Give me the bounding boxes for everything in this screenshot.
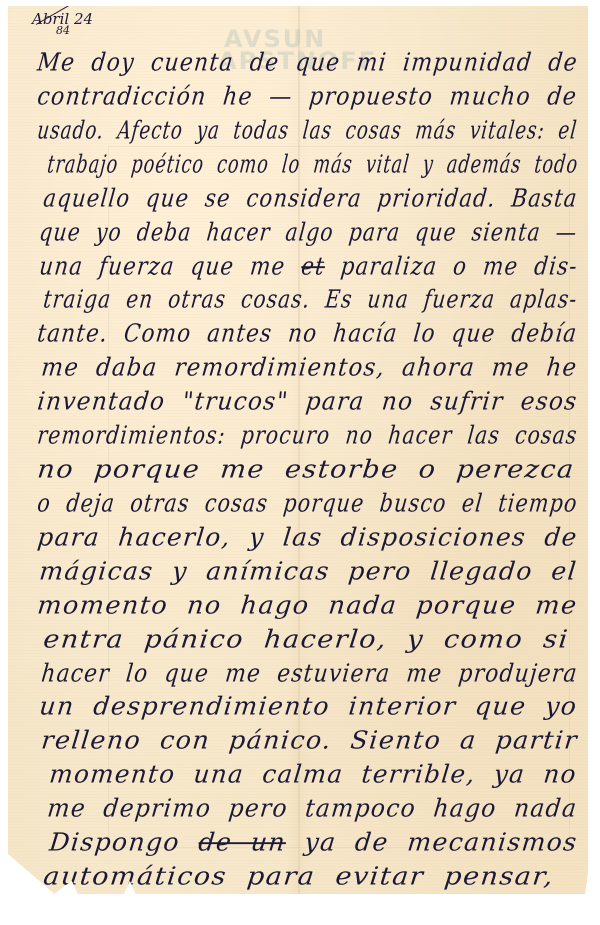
handwritten-line: momento una calma terrible, ya no	[48, 760, 578, 789]
handwritten-line: remordimientos: procuro no hacer las cos…	[36, 421, 579, 450]
handwritten-line: inventado "trucos" para no sufrir esos	[36, 387, 579, 416]
handwritten-line: que yo deba hacer algo para que sienta —	[38, 218, 579, 247]
handwritten-line: Me doy cuenta de que mi impunidad de	[36, 48, 579, 77]
handwritten-line: usado. Afecto ya todas las cosas más vit…	[36, 116, 579, 145]
letter-page: AVSUN APSTNOFF Abril 24 84 Me doy cuenta…	[8, 6, 588, 894]
handwritten-line: traiga en otras cosas. Es una fuerza apl…	[42, 285, 579, 314]
handwritten-line: hacer lo que me estuviera me produjera	[40, 659, 579, 688]
handwritten-line: para hacerlo, y las disposiciones de	[36, 523, 579, 552]
handwritten-line: tante. Como antes no hacía lo que debía	[36, 319, 579, 348]
struck-out-word: et	[300, 252, 327, 281]
handwritten-line: entra pánico hacerlo, y como si	[42, 625, 570, 654]
handwritten-line: no porque me estorbe o perezca	[36, 455, 576, 484]
handwritten-line: automáticos para evitar pensar,	[42, 862, 555, 891]
handwritten-line: me daba remordimientos, ahora me he	[40, 353, 579, 382]
handwritten-line: un desprendimiento interior que yo	[38, 692, 579, 721]
handwritten-line: Dispongo de un ya de mecanismos	[48, 828, 579, 857]
date-annotation: Abril 24 84	[32, 10, 93, 37]
handwritten-line: una fuerza que me et paraliza o me dis-	[38, 252, 579, 281]
handwritten-line: mágicas y anímicas pero llegado el	[38, 557, 579, 586]
handwritten-line: trabajo poético como lo más vital y adem…	[46, 150, 580, 179]
handwritten-line: aquello que se considera prioridad. Bast…	[42, 184, 579, 213]
handwritten-line: o deja otras cosas porque busco el tiemp…	[36, 489, 579, 518]
handwritten-line: momento no hago nada porque me	[36, 591, 579, 620]
handwritten-line: contradicción he — propuesto mucho de	[36, 82, 579, 111]
handwritten-line: me deprimo pero tampoco hago nada	[46, 794, 579, 823]
handwritten-line: eliminar, desechar, analizar e	[66, 896, 546, 900]
struck-out-word: de un	[197, 828, 287, 857]
handwritten-line: relleno con pánico. Siento a partir	[40, 726, 579, 755]
